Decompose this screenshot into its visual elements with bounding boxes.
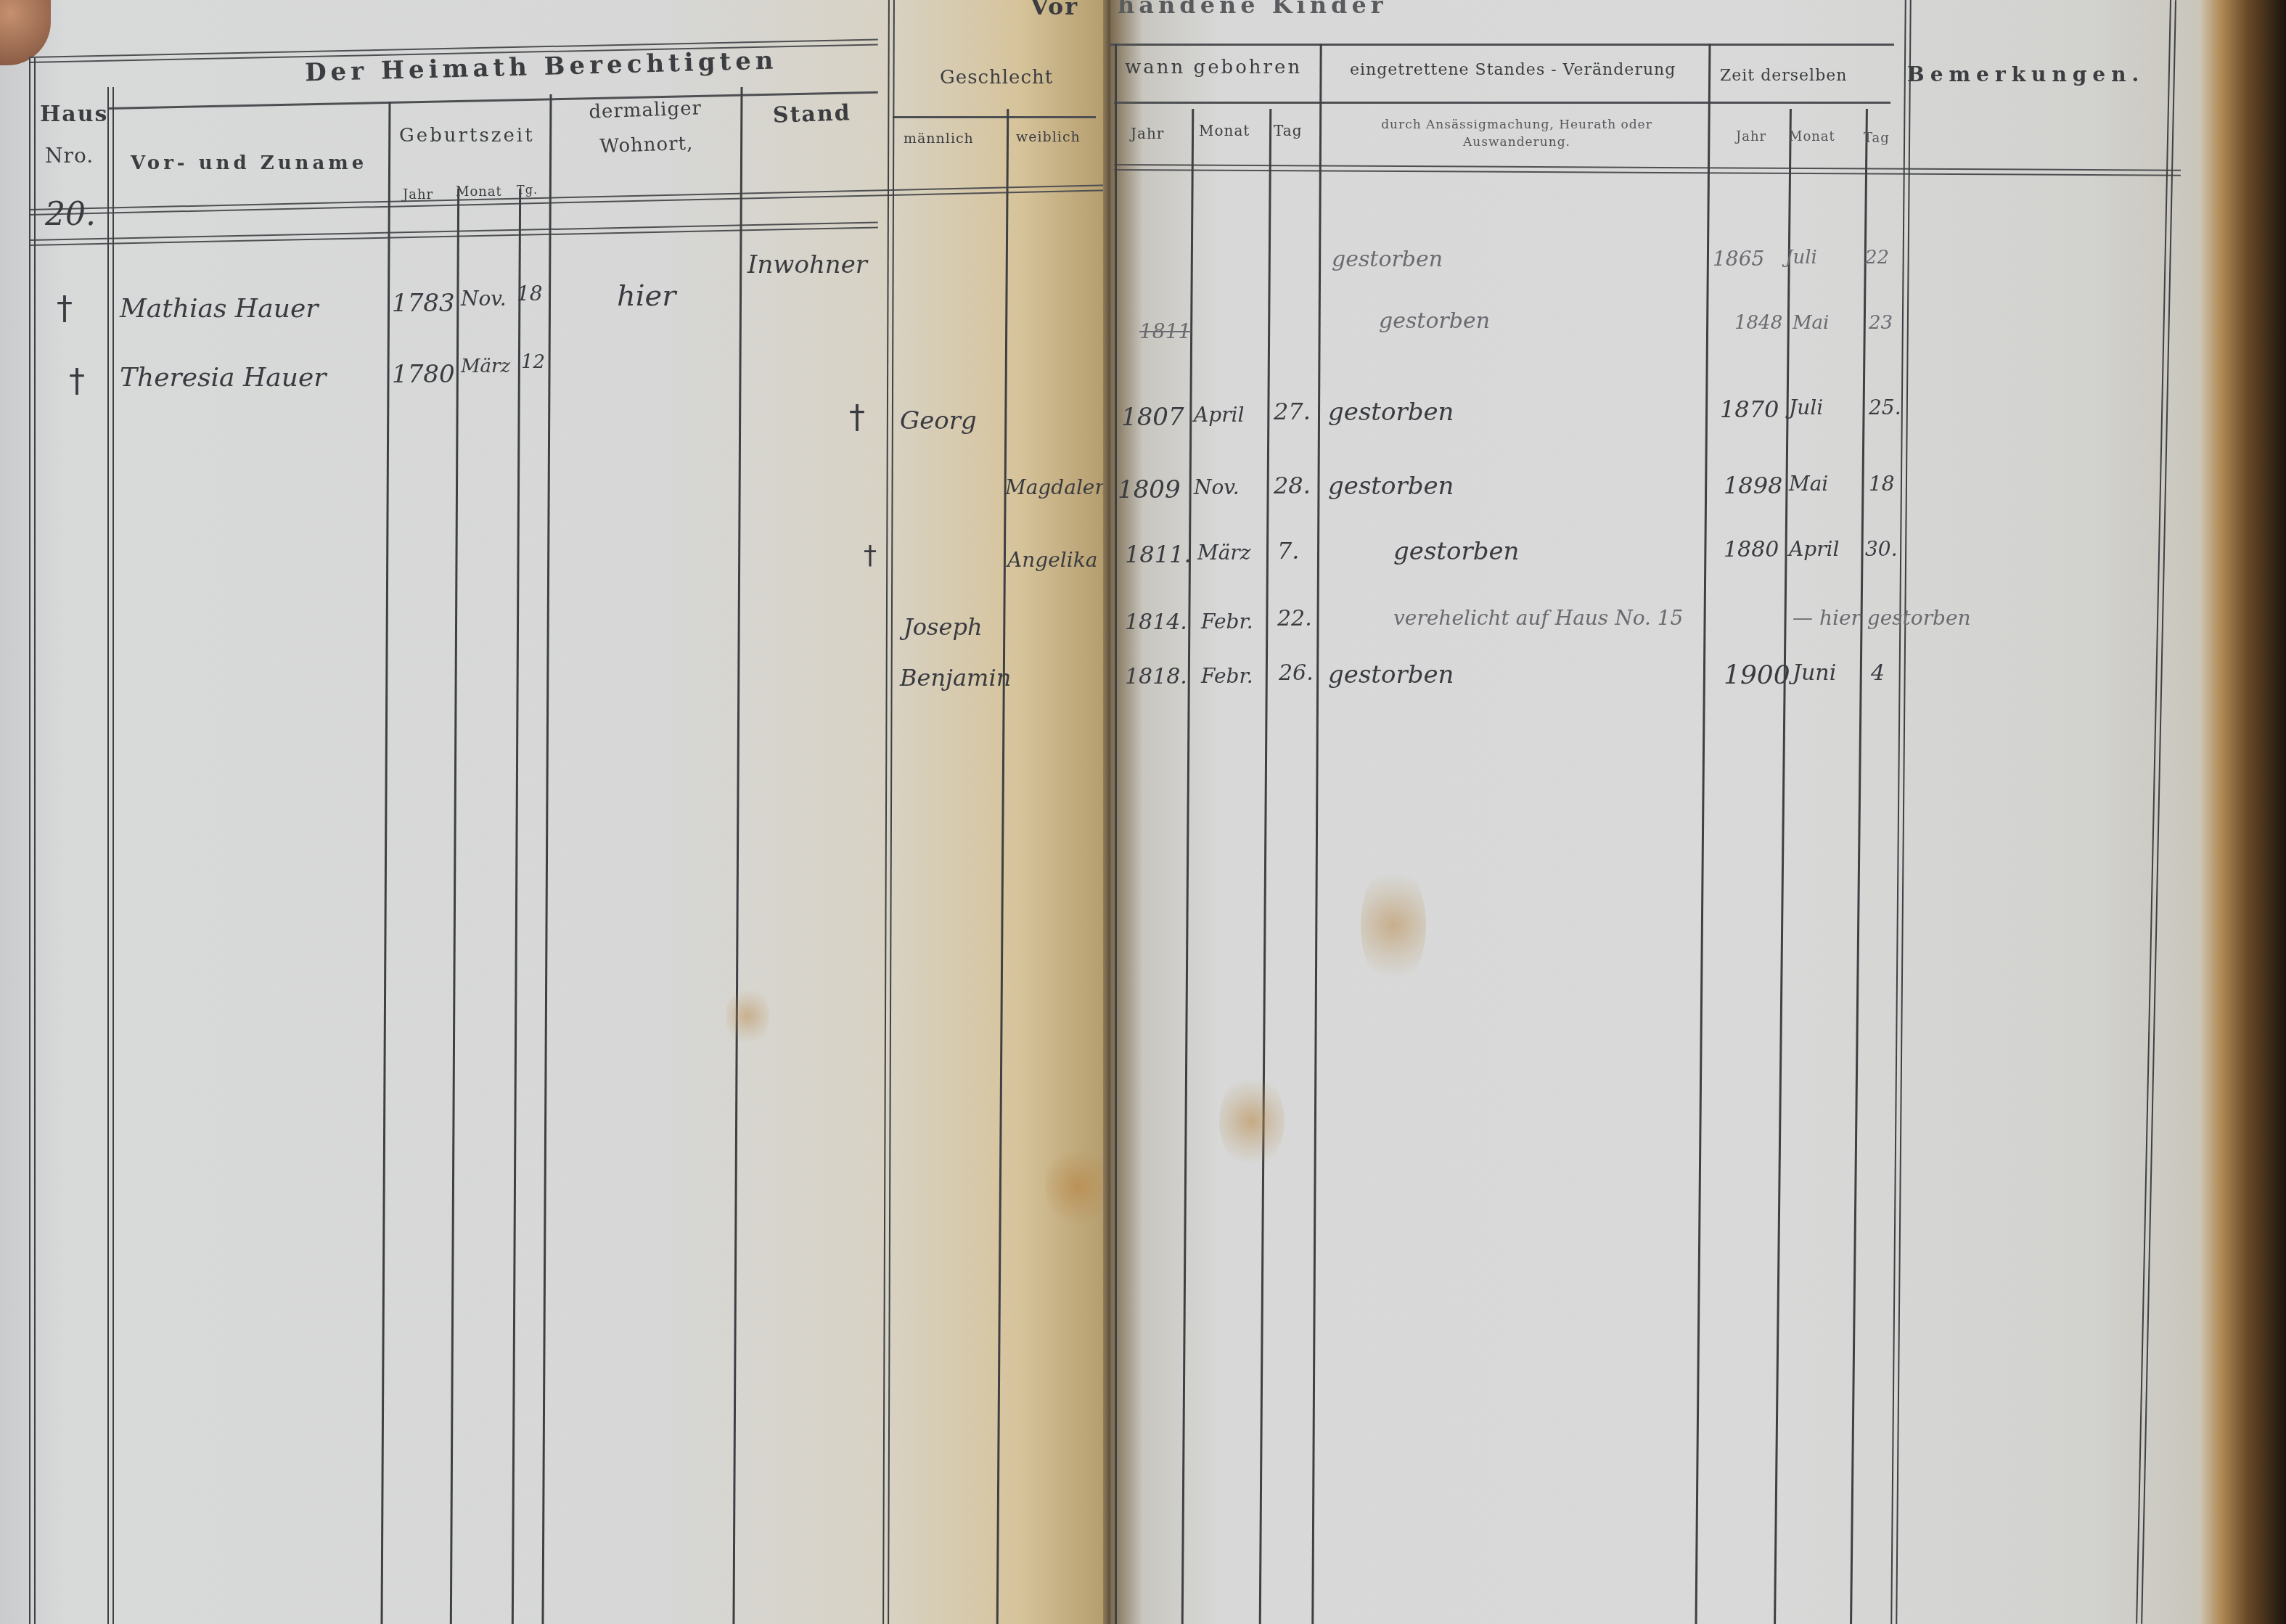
entry-change-day: 18 xyxy=(1869,472,1895,496)
entry-change-year: 1900 xyxy=(1724,660,1790,690)
col-header-residence: dermaliger Wohnort, xyxy=(572,91,719,165)
right-page: handene Kinder wann gebohren Jahr Monat … xyxy=(1110,0,2199,1624)
entry-change-year: 1870 xyxy=(1720,395,1779,423)
col-rule-born-month xyxy=(1259,109,1272,1624)
group-header-rule xyxy=(109,91,878,110)
deceased-cross-icon: † xyxy=(849,399,865,436)
open-register-book: Haus Nro. 20. Der Heimath Berechtigten V… xyxy=(0,0,2286,1624)
col-header-change-detail: durch Ansässigmachung, Heurath oder Ausw… xyxy=(1350,116,1684,151)
geschlecht-rule xyxy=(893,116,1096,118)
entry-change-day: 30. xyxy=(1865,537,1898,561)
entry-change: gestorben xyxy=(1379,308,1490,334)
entry-change-month: Juni xyxy=(1793,660,1836,686)
entry-born-month: Febr. xyxy=(1201,664,1253,688)
thumb-in-photo xyxy=(0,0,51,65)
col-header-birth: Geburtszeit xyxy=(399,125,535,147)
struck-year: 1811 xyxy=(1139,319,1191,343)
entry-born-year: 1807 xyxy=(1121,403,1184,432)
entry-change: verehelicht auf Haus No. 15 xyxy=(1393,606,1683,630)
col-rule-time-year xyxy=(1774,109,1792,1624)
deceased-cross-icon: † xyxy=(864,541,877,570)
entry-born-day: 22. xyxy=(1277,606,1312,631)
entry-change-month: Juli xyxy=(1785,247,1817,268)
col-header-male: männlich xyxy=(904,131,974,147)
col-rule-name xyxy=(381,102,391,1624)
col-header-birth-month: Monat xyxy=(456,184,502,200)
col-header-born-month: Monat xyxy=(1199,122,1250,139)
entry-born-day: 26. xyxy=(1279,660,1314,686)
entry-residence: hier xyxy=(617,279,676,313)
water-stain xyxy=(1361,864,1426,987)
entry-status: Inwohner xyxy=(747,250,867,279)
entry-female-name: Angelika xyxy=(1007,548,1097,572)
entry-change-month: Mai xyxy=(1789,472,1828,496)
entry-change: gestorben xyxy=(1328,472,1454,501)
col-rule-time-month xyxy=(1850,109,1868,1624)
header-bottom-rule xyxy=(1114,164,2181,171)
col-header-change: eingetrettene Standes - Veränderung xyxy=(1350,61,1676,79)
entry-born-month: April xyxy=(1194,403,1244,427)
entry-change-year: 1865 xyxy=(1713,247,1764,271)
col-rule-status xyxy=(882,0,890,1624)
entry-change-month: April xyxy=(1789,537,1839,561)
entry-birth-year: 1780 xyxy=(392,360,455,389)
col-rule-left-edge xyxy=(29,58,30,1624)
subheader-rule xyxy=(1114,102,1890,104)
entry-born-year: 1814. xyxy=(1125,610,1187,635)
entry-change-year: 1880 xyxy=(1724,537,1779,562)
col-header-born: wann gebohren xyxy=(1125,57,1302,78)
deceased-cross-icon: † xyxy=(57,290,73,327)
entry-birth-day: 18 xyxy=(517,282,543,305)
col-header-remarks: Bemerkungen. xyxy=(1907,62,2144,86)
col-rule-birth-month xyxy=(512,189,521,1624)
col-rule-change xyxy=(1695,44,1711,1624)
col-rule-male xyxy=(996,109,1009,1624)
col-rule-house xyxy=(107,87,109,1624)
col-rule-right-edge xyxy=(2136,0,2171,1624)
entry-male-name: Joseph xyxy=(904,613,983,641)
header-top-rule xyxy=(1110,44,1894,46)
entry-change: gestorben xyxy=(1328,660,1454,689)
entry-change: gestorben xyxy=(1328,398,1454,427)
book-cover-edge xyxy=(2199,0,2286,1624)
col-header-female: weiblich xyxy=(1016,129,1081,145)
col-header-time-day: Tag xyxy=(1864,131,1890,146)
entry-birth-day: 12 xyxy=(521,351,545,373)
top-banner-left: Vor xyxy=(1031,0,1078,20)
col-header-time-month: Monat xyxy=(1789,129,1835,144)
water-stain xyxy=(726,987,769,1045)
col-header-sex: Geschlecht xyxy=(940,67,1053,89)
entry-remark: — hier gestorben xyxy=(1793,606,1971,630)
entry-change: gestorben xyxy=(1332,247,1443,272)
house-nro-label: Nro. xyxy=(45,144,94,168)
left-page: Haus Nro. 20. Der Heimath Berechtigten V… xyxy=(0,0,1110,1624)
col-header-born-year: Jahr xyxy=(1131,125,1164,142)
col-header-birth-year: Jahr xyxy=(403,187,433,202)
entry-change-day: 22 xyxy=(1865,247,1889,268)
group-header-heimath: Der Heimath Berechtigten xyxy=(305,46,778,87)
deceased-cross-icon: † xyxy=(69,363,85,400)
entry-change-year: 1898 xyxy=(1724,472,1782,499)
entry-born-day: 7. xyxy=(1277,537,1300,565)
entry-change-year: 1848 xyxy=(1734,312,1782,334)
col-header-birth-day: Tg. xyxy=(517,183,538,197)
col-header-time-year: Jahr xyxy=(1736,129,1766,144)
col-header-born-day: Tag xyxy=(1274,122,1303,139)
entry-born-day: 27. xyxy=(1274,398,1311,425)
body-top-rule xyxy=(29,221,878,241)
entry-born-year: 1811. xyxy=(1125,541,1192,568)
entry-born-year: 1809 xyxy=(1118,475,1181,504)
entry-change-day: 23 xyxy=(1869,312,1893,334)
entry-birth-year: 1783 xyxy=(392,289,455,318)
entry-change-month: Juli xyxy=(1789,395,1823,419)
col-rule-residence xyxy=(732,87,742,1624)
col-rule-birth-year xyxy=(450,189,459,1624)
entry-name: Mathias Hauer xyxy=(120,294,318,324)
col-rule-born-day xyxy=(1311,44,1322,1624)
entry-born-year: 1818. xyxy=(1125,664,1187,689)
entry-change: gestorben xyxy=(1393,537,1520,566)
entry-born-month: Nov. xyxy=(1194,475,1240,499)
entry-birth-month: März xyxy=(461,356,510,377)
entry-born-month: März xyxy=(1197,541,1251,565)
col-header-time: Zeit derselben xyxy=(1720,67,1847,85)
entry-birth-month: Nov. xyxy=(461,287,507,311)
top-banner-right: handene Kinder xyxy=(1118,0,1388,19)
entry-born-month: Febr. xyxy=(1201,610,1253,633)
col-rule-time-day xyxy=(1890,0,1906,1624)
col-header-name: Vor- und Zuname xyxy=(131,152,367,174)
entry-change-day: 4 xyxy=(1871,660,1885,686)
entry-change-month: Mai xyxy=(1793,312,1829,334)
entry-born-day: 28. xyxy=(1274,472,1311,499)
house-label: Haus xyxy=(40,102,108,127)
col-rule-birth-day xyxy=(541,94,552,1624)
col-rule-left-edge xyxy=(1115,44,1117,1624)
header-bottom-rule xyxy=(29,184,1110,210)
entry-male-name: Benjamin xyxy=(900,664,1011,692)
entry-change-day: 25. xyxy=(1869,395,1901,419)
entry-male-name: Georg xyxy=(900,406,977,435)
house-number: 20. xyxy=(45,196,96,233)
water-stain xyxy=(1045,1147,1110,1226)
col-header-status: Stand xyxy=(772,100,851,128)
entry-name: Theresia Hauer xyxy=(120,363,326,393)
water-stain xyxy=(1219,1074,1285,1168)
